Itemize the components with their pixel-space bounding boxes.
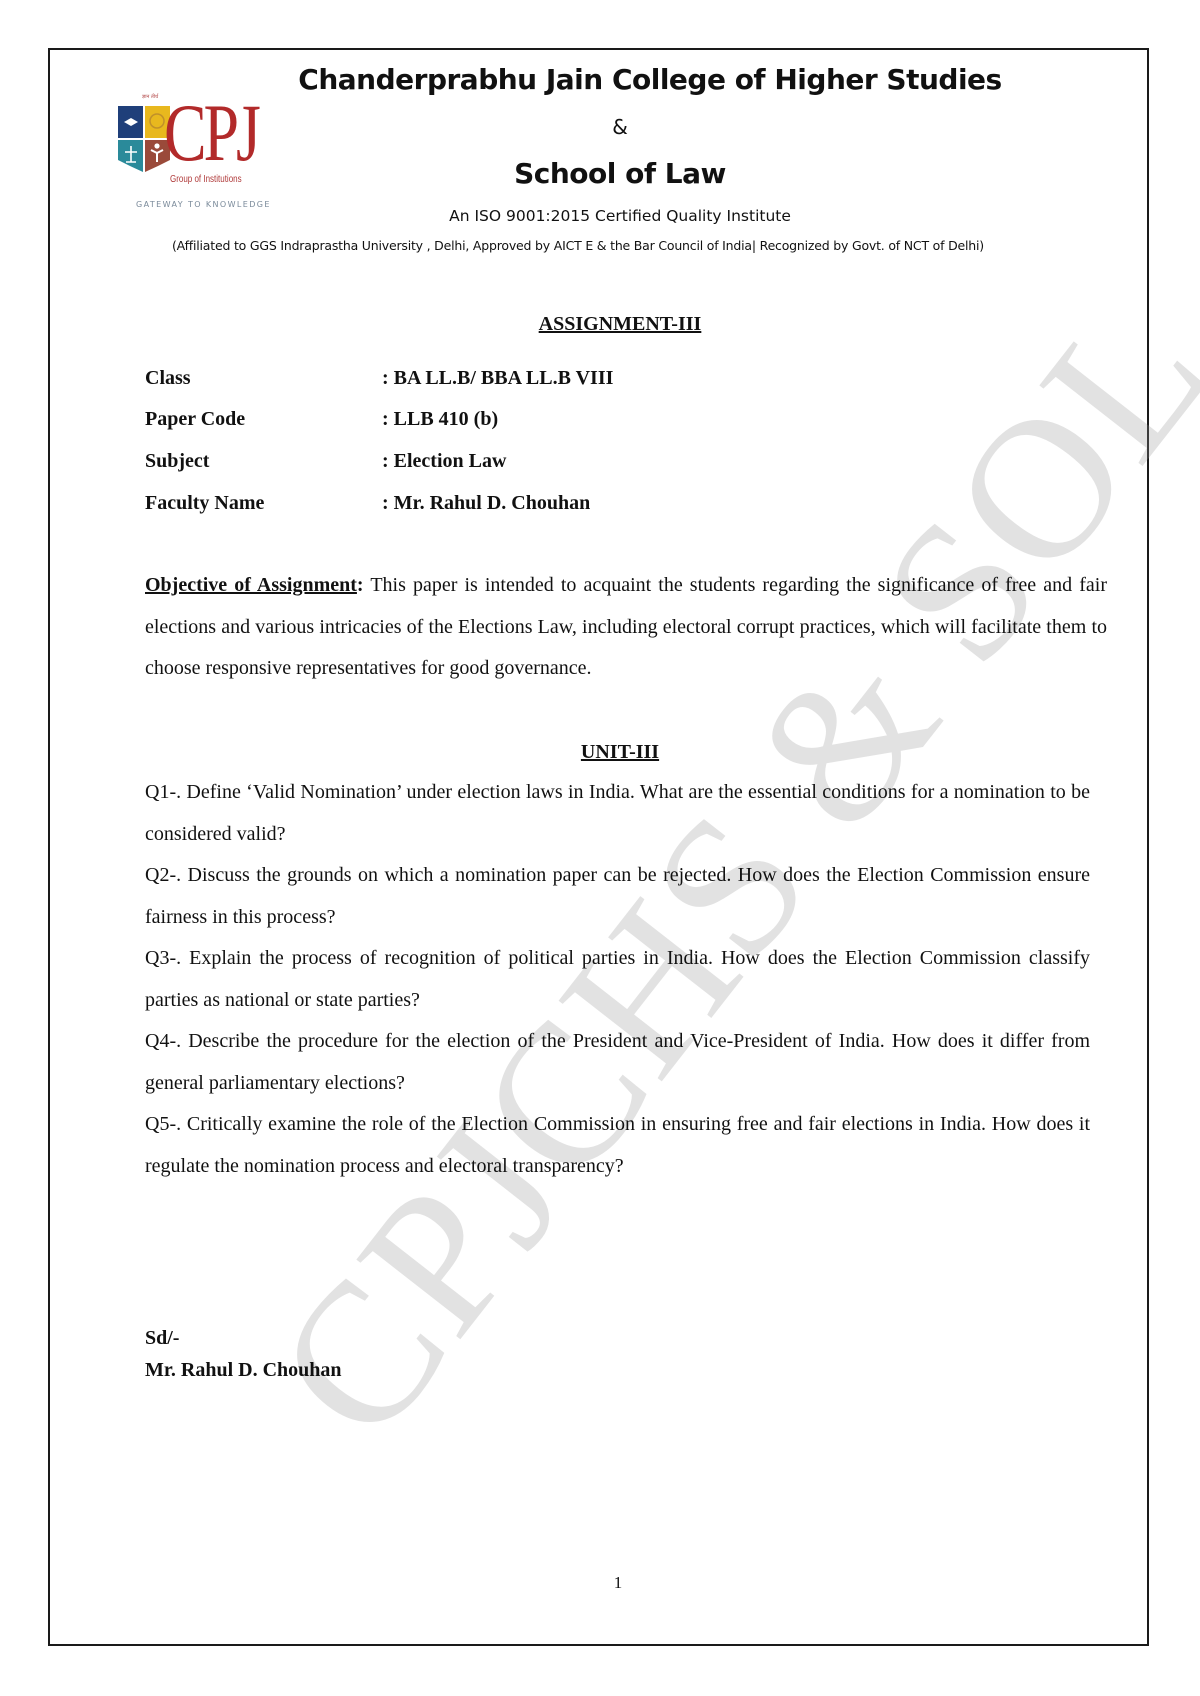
iso-certification: An ISO 9001:2015 Certified Quality Insti… xyxy=(20,207,1200,225)
meta-value: : LLB 410 (b) xyxy=(382,408,498,431)
school-name: School of Law xyxy=(20,157,1200,190)
unit-title: UNIT-III xyxy=(0,741,1200,764)
meta-value: : BA LL.B/ BBA LL.B VIII xyxy=(382,367,613,390)
signature-mark: Sd/- xyxy=(145,1322,342,1354)
header-ampersand: & xyxy=(20,115,1200,139)
objective-label: Objective of Assignment xyxy=(145,574,357,596)
meta-key: Paper Code xyxy=(145,408,245,431)
question-list: Q1-. Define ‘Valid Nomination’ under ele… xyxy=(145,772,1090,1187)
page-number: 1 xyxy=(0,1573,1200,1593)
meta-key: Class xyxy=(145,367,191,390)
objective-paragraph: Objective of Assignment: This paper is i… xyxy=(145,565,1107,690)
meta-key: Faculty Name xyxy=(145,492,264,515)
question-item: Q4-. Describe the procedure for the elec… xyxy=(145,1021,1090,1104)
meta-value: : Election Law xyxy=(382,450,506,473)
signature-block: Sd/- Mr. Rahul D. Chouhan xyxy=(145,1322,342,1386)
college-name: Chanderprabhu Jain College of Higher Stu… xyxy=(50,63,1200,96)
assignment-title: ASSIGNMENT-III xyxy=(0,313,1200,336)
affiliation-line: (Affiliated to GGS Indraprastha Universi… xyxy=(172,238,1172,253)
meta-key: Subject xyxy=(145,450,209,473)
college-logo: ज्ञान तीर्थ CPJ Group of Institutions GA… xyxy=(112,94,272,214)
question-item: Q5-. Critically examine the role of the … xyxy=(145,1104,1090,1187)
question-item: Q1-. Define ‘Valid Nomination’ under ele… xyxy=(145,772,1090,855)
signature-name: Mr. Rahul D. Chouhan xyxy=(145,1354,342,1386)
objective-colon: : xyxy=(357,574,364,596)
question-item: Q3-. Explain the process of recognition … xyxy=(145,938,1090,1021)
meta-value: : Mr. Rahul D. Chouhan xyxy=(382,492,590,515)
question-item: Q2-. Discuss the grounds on which a nomi… xyxy=(145,855,1090,938)
